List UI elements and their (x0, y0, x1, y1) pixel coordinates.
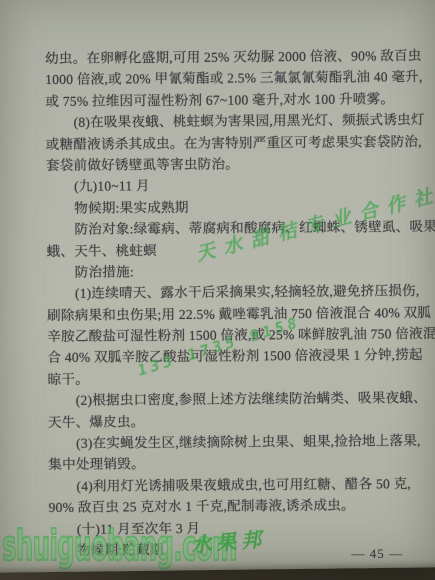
text-line: 1000 倍液,或 20% 甲氰菊酯或 2.5% 三氟氯氰菊酯乳油 40 毫升, (45, 67, 407, 91)
text-line: (3)在实蝇发生区,继续摘除树上虫果、蛆果,捡拾地上落果, (48, 430, 410, 454)
text-line: 集中处理销毁。 (48, 452, 410, 476)
page-number: — 45 — (352, 546, 404, 562)
section-heading: (十)11 月至次年 3 月 (49, 516, 411, 540)
text-line: 刷除病果和虫伤果;用 22.5% 戴唑霉乳油 750 倍液混合 40% 双胍 (47, 302, 409, 326)
text-line: 合 40% 双胍辛胺乙酸盐可湿性粉剂 1500 倍液浸果 1 分钟,捞起 (47, 345, 409, 369)
text-line: 蛾、天牛、桃蛀螟 (47, 238, 409, 262)
text-line: 防治对象:绿霉病、蒂腐病和酸腐病、红蜘蛛、锈壁虱、吸果夜 (46, 216, 408, 240)
page-text: 幼虫。在卵孵化盛期,可用 25% 灭幼脲 2000 倍液、90% 敌百虫 100… (45, 45, 411, 561)
photo-bottom-dark-edge (0, 567, 435, 580)
text-line: 90% 敌百虫 25 克对水 1 千克,配制毒液,诱杀成虫。 (49, 494, 411, 518)
text-line: (1)连续晴天、露水干后采摘果实,轻摘轻放,避免挤压损伤, (47, 280, 409, 304)
text-line: (8)在吸果夜蛾、桃蛀螟为害果园,用黑光灯、频振式诱虫灯 (46, 109, 408, 133)
text-line: 辛胺乙酸盐可湿性粉剂 1500 倍液,或 25% 咪鲜胺乳油 750 倍液混 (47, 323, 409, 347)
text-line: 物候期:果实成熟期 (46, 195, 408, 219)
text-line: (2)根据虫口密度,参照上述方法继续防治螨类、吸果夜蛾、 (48, 387, 410, 411)
text-line: 晾干。 (48, 366, 410, 390)
text-line: 套袋前做好锈壁虱等害虫防治。 (46, 152, 408, 176)
text-line: 防治措施: (47, 259, 409, 283)
book-page-photo: 幼虫。在卵孵化盛期,可用 25% 灭幼脲 2000 倍液、90% 敌百虫 100… (0, 0, 435, 580)
text-line: (4)利用灯光诱捕吸果夜蛾成虫,也可用红糖、醋各 50 克, (48, 473, 410, 497)
text-line: 天牛、爆皮虫。 (48, 409, 410, 433)
text-line: 或 75% 拉维因可湿性粉剂 67~100 毫升,对水 100 升喷雾。 (45, 88, 407, 112)
text-line: 或糖醋液诱杀其成虫。在为害特别严重区可考虑果实套袋防治, (46, 131, 408, 155)
section-heading: (九)10~11 月 (46, 173, 408, 197)
text-line: 幼虫。在卵孵化盛期,可用 25% 灭幼脲 2000 倍液、90% 敌百虫 (45, 45, 407, 69)
